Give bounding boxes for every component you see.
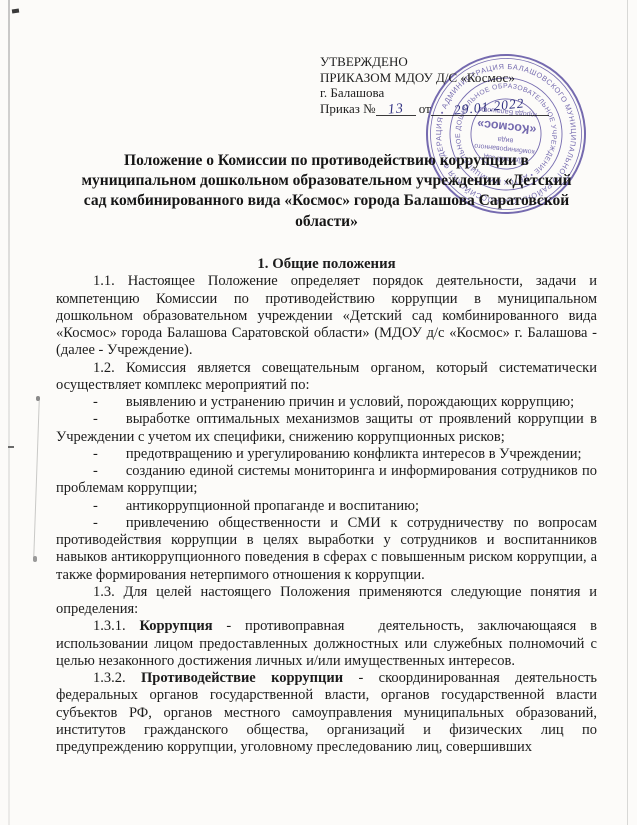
binding-thread-mark	[33, 400, 40, 558]
handwritten-order-number: 13	[387, 102, 404, 119]
staple-mark-bottom	[33, 556, 37, 562]
stamp-center-line3: вида	[497, 135, 513, 144]
paragraph: -выявлению и устранению причин и условий…	[56, 394, 597, 411]
margin-mark	[8, 446, 14, 448]
text-run: Коррупция	[139, 618, 212, 634]
title-line-4: области»	[56, 212, 597, 232]
text-run: Противодействие коррупции	[141, 670, 343, 686]
staple-mark-top	[36, 396, 40, 401]
body-paragraphs: 1.1. Настоящее Положение определяет поря…	[56, 273, 597, 756]
text-run: 1.3.2.	[93, 670, 141, 686]
text-run: антикоррупционной пропаганде и воспитани…	[126, 498, 419, 514]
order-number-underline: 13	[376, 101, 416, 116]
scan-right-edge	[627, 0, 628, 825]
section-heading: 1. Общие положения	[56, 256, 597, 273]
text-run: - противоправная	[213, 618, 345, 634]
text-run: выработке оптимальных механизмов защиты …	[56, 411, 597, 444]
text-run: -	[93, 394, 98, 410]
document-body: 1. Общие положения 1.1. Настоящее Положе…	[56, 256, 597, 756]
paragraph: 1.2. Комиссия является совещательным орг…	[56, 360, 597, 395]
paragraph: -созданию единой системы мониторинга и и…	[56, 463, 597, 498]
text-run: -	[93, 411, 98, 427]
title-line-1: Положение о Комиссии по противодействию …	[56, 151, 597, 171]
text-run: -	[93, 463, 98, 479]
document-title: Положение о Комиссии по противодействию …	[56, 151, 597, 232]
title-line-2: муниципальном дошкольном образовательном…	[56, 171, 597, 191]
text-run: 1.3.1.	[93, 618, 139, 634]
scan-speck	[12, 9, 19, 14]
document-page: УТВЕРЖДЕНО ПРИКАЗОМ МДОУ Д/С «Космос» г.…	[0, 0, 637, 825]
text-run: 1.2. Комиссия является совещательным орг…	[56, 360, 597, 393]
paragraph: -антикоррупционной пропаганде и воспитан…	[56, 498, 597, 515]
scan-left-edge	[8, 0, 10, 825]
paragraph: -привлечению общественности и СМИ к сотр…	[56, 515, 597, 584]
text-run: выявлению и устранению причин и условий,…	[126, 394, 574, 410]
text-run: -	[93, 446, 98, 462]
stamp-center-name: «Космос»	[476, 117, 537, 137]
paragraph: 1.1. Настоящее Положение определяет поря…	[56, 273, 597, 359]
paragraph: -предотвращению и урегулированию конфлик…	[56, 446, 597, 463]
paragraph: 1.3.1. Коррупция - противоправнаядеятель…	[56, 618, 597, 670]
text-run: -	[93, 498, 98, 514]
text-run: предотвращению и урегулированию конфликт…	[126, 446, 582, 462]
text-run: 1.3. Для целей настоящего Положения прим…	[56, 584, 597, 617]
paragraph: 1.3. Для целей настоящего Положения прим…	[56, 584, 597, 619]
text-run: -	[93, 515, 98, 531]
text-run: привлечению общественности и СМИ к сотру…	[56, 515, 597, 583]
paragraph: -выработке оптимальных механизмов защиты…	[56, 411, 597, 446]
title-line-3: сад комбинированного вида «Космос» город…	[56, 191, 597, 211]
order-prefix: Приказ №	[320, 101, 376, 116]
text-run: созданию единой системы мониторинга и ин…	[56, 463, 597, 496]
paragraph: 1.3.2. Противодействие коррупции - скоор…	[56, 670, 597, 756]
text-run: 1.1. Настоящее Положение определяет поря…	[56, 273, 597, 358]
